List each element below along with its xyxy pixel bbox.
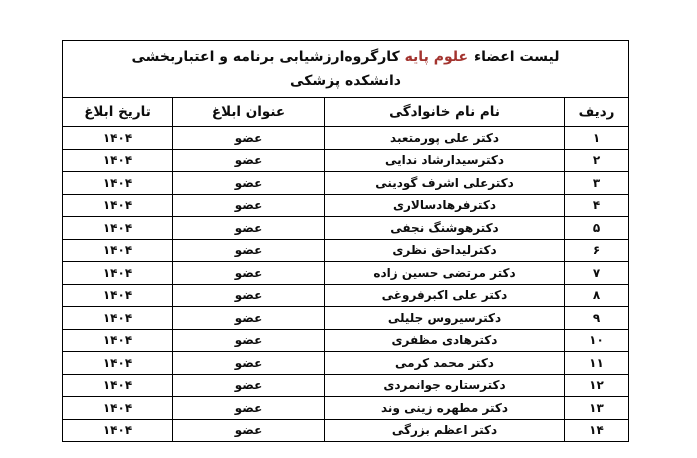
role-cell: عضو — [173, 172, 325, 195]
role-cell: عضو — [173, 262, 325, 285]
member-name-cell: دکتر اعظم بزرگی — [325, 419, 565, 442]
table-row: ۳ دکترعلی اشرف گودینی عضو ۱۴۰۴ — [63, 172, 629, 195]
member-name-cell: دکتر مرتضی حسین زاده — [325, 262, 565, 285]
row-number-cell: ۹ — [565, 307, 629, 330]
member-name-cell: دکترسیروس جلیلی — [325, 307, 565, 330]
date-cell: ۱۴۰۴ — [63, 194, 173, 217]
row-number-cell: ۷ — [565, 262, 629, 285]
row-number-cell: ۱۰ — [565, 329, 629, 352]
role-cell: عضو — [173, 149, 325, 172]
date-cell: ۱۴۰۴ — [63, 352, 173, 375]
table-row: ۷ دکتر مرتضی حسین زاده عضو ۱۴۰۴ — [63, 262, 629, 285]
date-cell: ۱۴۰۴ — [63, 374, 173, 397]
table-row: ۶ دکترلیداحق نظری عضو ۱۴۰۴ — [63, 239, 629, 262]
table-row: ۱۲ دکترستاره جوانمردی عضو ۱۴۰۴ — [63, 374, 629, 397]
table-row: ۱ دکتر علی پورمتعبد عضو ۱۴۰۴ — [63, 127, 629, 150]
row-number-cell: ۱۲ — [565, 374, 629, 397]
table-row: ۱۳ دکتر مطهره زینی وند عضو ۱۴۰۴ — [63, 397, 629, 420]
role-cell: عضو — [173, 284, 325, 307]
title-highlight: علوم پایه — [405, 49, 468, 65]
table-row: ۴ دکترفرهادسالاری عضو ۱۴۰۴ — [63, 194, 629, 217]
date-cell: ۱۴۰۴ — [63, 397, 173, 420]
role-cell: عضو — [173, 239, 325, 262]
header-row-number: ردیف — [565, 98, 629, 127]
date-cell: ۱۴۰۴ — [63, 127, 173, 150]
header-notification-title: عنوان ابلاغ — [173, 98, 325, 127]
table-row: ۲ دکترسیدارشاد ندایی عضو ۱۴۰۴ — [63, 149, 629, 172]
row-number-cell: ۱۱ — [565, 352, 629, 375]
title-line2: دانشکده پزشکی — [67, 69, 624, 94]
header-full-name: نام نام خانوادگی — [325, 98, 565, 127]
role-cell: عضو — [173, 329, 325, 352]
member-name-cell: دکترعلی اشرف گودینی — [325, 172, 565, 195]
member-name-cell: دکترهوشنگ نجفی — [325, 217, 565, 240]
date-cell: ۱۴۰۴ — [63, 262, 173, 285]
row-number-cell: ۶ — [565, 239, 629, 262]
date-cell: ۱۴۰۴ — [63, 239, 173, 262]
row-number-cell: ۴ — [565, 194, 629, 217]
date-cell: ۱۴۰۴ — [63, 284, 173, 307]
header-row: ردیف نام نام خانوادگی عنوان ابلاغ تاریخ … — [63, 98, 629, 127]
date-cell: ۱۴۰۴ — [63, 172, 173, 195]
header-notification-date: تاریخ ابلاغ — [63, 98, 173, 127]
member-name-cell: دکترستاره جوانمردی — [325, 374, 565, 397]
members-table: لیست اعضاءعلوم پایه کارگروه‌ارزشیابی برن… — [62, 40, 629, 442]
role-cell: عضو — [173, 307, 325, 330]
member-name-cell: دکترسیدارشاد ندایی — [325, 149, 565, 172]
title-line1: لیست اعضاءعلوم پایه کارگروه‌ارزشیابی برن… — [67, 45, 624, 70]
row-number-cell: ۲ — [565, 149, 629, 172]
row-number-cell: ۵ — [565, 217, 629, 240]
date-cell: ۱۴۰۴ — [63, 329, 173, 352]
role-cell: عضو — [173, 217, 325, 240]
date-cell: ۱۴۰۴ — [63, 217, 173, 240]
table-row: ۹ دکترسیروس جلیلی عضو ۱۴۰۴ — [63, 307, 629, 330]
row-number-cell: ۱۳ — [565, 397, 629, 420]
title-suffix: کارگروه‌ارزشیابی برنامه و اعتباربخشی — [132, 49, 400, 65]
row-number-cell: ۱ — [565, 127, 629, 150]
table-row: ۸ دکتر علی اکبرفروغی عضو ۱۴۰۴ — [63, 284, 629, 307]
row-number-cell: ۳ — [565, 172, 629, 195]
table-title: لیست اعضاءعلوم پایه کارگروه‌ارزشیابی برن… — [63, 41, 629, 98]
title-row: لیست اعضاءعلوم پایه کارگروه‌ارزشیابی برن… — [63, 41, 629, 98]
role-cell: عضو — [173, 419, 325, 442]
member-name-cell: دکترلیداحق نظری — [325, 239, 565, 262]
member-name-cell: دکترفرهادسالاری — [325, 194, 565, 217]
role-cell: عضو — [173, 374, 325, 397]
member-name-cell: دکتر مطهره زینی وند — [325, 397, 565, 420]
table-row: ۱۴ دکتر اعظم بزرگی عضو ۱۴۰۴ — [63, 419, 629, 442]
table-row: ۵ دکترهوشنگ نجفی عضو ۱۴۰۴ — [63, 217, 629, 240]
member-name-cell: دکترهادی مظفری — [325, 329, 565, 352]
table-body: ۱ دکتر علی پورمتعبد عضو ۱۴۰۴ ۲ دکترسیدار… — [63, 127, 629, 442]
title-prefix: لیست اعضاء — [474, 49, 559, 65]
member-name-cell: دکتر علی اکبرفروغی — [325, 284, 565, 307]
member-name-cell: دکتر محمد کرمی — [325, 352, 565, 375]
row-number-cell: ۸ — [565, 284, 629, 307]
date-cell: ۱۴۰۴ — [63, 419, 173, 442]
role-cell: عضو — [173, 397, 325, 420]
role-cell: عضو — [173, 127, 325, 150]
date-cell: ۱۴۰۴ — [63, 307, 173, 330]
document-page: لیست اعضاءعلوم پایه کارگروه‌ارزشیابی برن… — [0, 0, 697, 458]
table-row: ۱۰ دکترهادی مظفری عضو ۱۴۰۴ — [63, 329, 629, 352]
member-name-cell: دکتر علی پورمتعبد — [325, 127, 565, 150]
row-number-cell: ۱۴ — [565, 419, 629, 442]
role-cell: عضو — [173, 194, 325, 217]
role-cell: عضو — [173, 352, 325, 375]
table-row: ۱۱ دکتر محمد کرمی عضو ۱۴۰۴ — [63, 352, 629, 375]
date-cell: ۱۴۰۴ — [63, 149, 173, 172]
